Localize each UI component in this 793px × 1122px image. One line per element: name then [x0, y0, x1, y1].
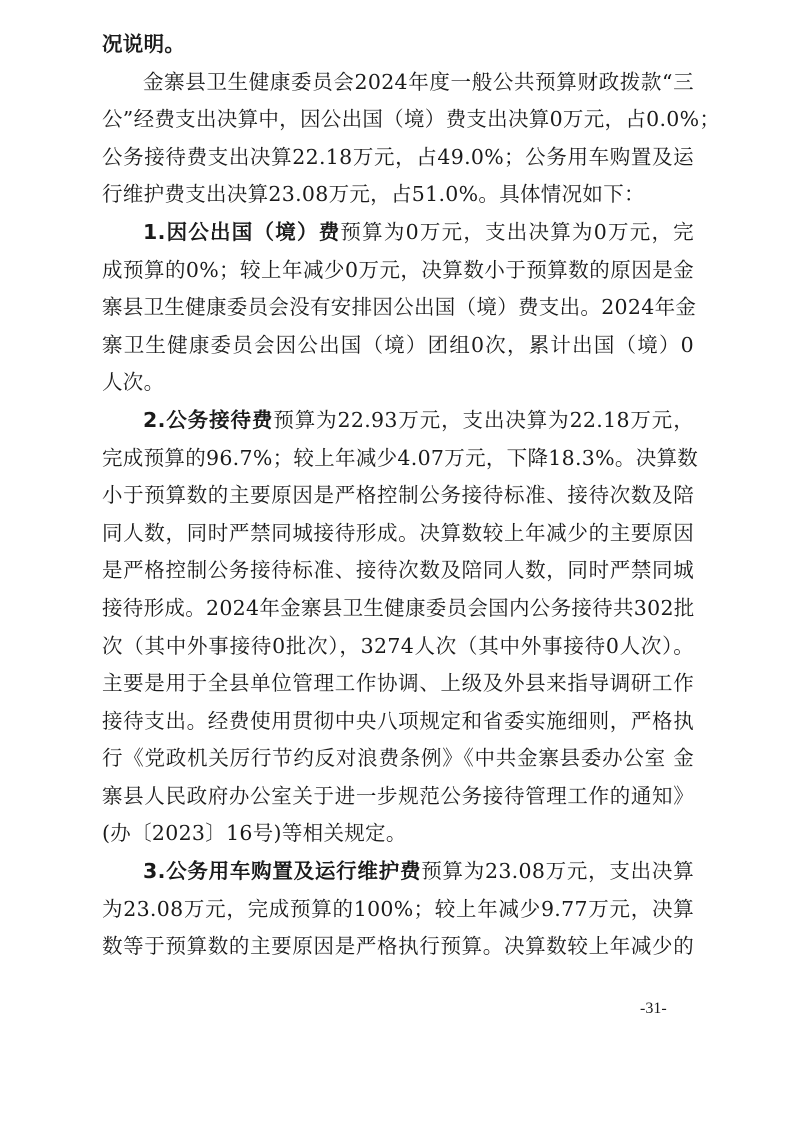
line-text: 为23.08万元，完成预算的100%；较上年减少9.77万元，决算	[102, 897, 694, 921]
text-line: 况说明。	[102, 26, 694, 64]
line-text: 金寨县卫生健康委员会2024年度一般公共预算财政拨款“三	[143, 70, 694, 94]
line-text: 预算为22.93万元，支出决算为22.18万元，	[273, 408, 694, 432]
line-text: 人次。	[102, 370, 164, 394]
line-text: 公”经费支出决算中，因公出国（境）费支出决算0万元，占0.0%；	[102, 107, 720, 131]
line-text: 小于预算数的主要原因是严格控制公务接待标准、接待次数及陪	[102, 483, 694, 507]
text-line: 金寨县卫生健康委员会2024年度一般公共预算财政拨款“三	[102, 64, 694, 102]
text-line: 是严格控制公务接待标准、接待次数及陪同人数，同时严禁同城	[102, 552, 694, 590]
text-line: 为23.08万元，完成预算的100%；较上年减少9.77万元，决算	[102, 891, 694, 929]
line-text: 完成预算的96.7%；较上年减少4.07万元，下降18.3%。决算数	[102, 446, 698, 470]
text-line: 2.公务接待费预算为22.93万元，支出决算为22.18万元，	[102, 402, 694, 440]
text-line: 小于预算数的主要原因是严格控制公务接待标准、接待次数及陪	[102, 477, 694, 515]
line-text: 主要是用于全县单位管理工作协调、上级及外县来指导调研工作	[102, 671, 694, 695]
section-heading: 2.公务接待费	[143, 408, 273, 432]
text-line: 同人数，同时严禁同城接待形成。决算数较上年减少的主要原因	[102, 515, 694, 553]
text-line: 次（其中外事接待0批次），3274人次（其中外事接待0人次）。	[102, 628, 694, 666]
line-text: 预算为0万元，支出决算为0万元，完	[340, 220, 694, 244]
line-text: 寨县人民政府办公室关于进一步规范公务接待管理工作的通知》	[102, 784, 694, 808]
text-line: 成预算的0%；较上年减少0万元，决算数小于预算数的原因是金	[102, 252, 694, 290]
line-text: 是严格控制公务接待标准、接待次数及陪同人数，同时严禁同城	[102, 558, 694, 582]
text-line: 公务接待费支出决算22.18万元，占49.0%；公务用车购置及运	[102, 139, 694, 177]
text-line: 3.公务用车购置及运行维护费预算为23.08万元，支出决算	[102, 853, 694, 891]
text-line: 1.因公出国（境）费预算为0万元，支出决算为0万元，完	[102, 214, 694, 252]
line-text: 行《党政机关厉行节约反对浪费条例》《中共金寨县委办公室 金	[102, 746, 694, 770]
line-text: 接待形成。2024年金寨县卫生健康委员会国内公务接待共302批	[102, 596, 695, 620]
text-line: 数等于预算数的主要原因是严格执行预算。决算数较上年减少的	[102, 928, 694, 966]
text-line: (办〔2023〕16号)等相关规定。	[102, 815, 694, 853]
page-number: -31-	[640, 1000, 667, 1018]
text-line: 主要是用于全县单位管理工作协调、上级及外县来指导调研工作	[102, 665, 694, 703]
text-line: 公”经费支出决算中，因公出国（境）费支出决算0万元，占0.0%；	[102, 101, 694, 139]
line-text: 寨卫生健康委员会因公出国（境）团组0次，累计出国（境）0	[102, 333, 694, 357]
text-line: 寨县人民政府办公室关于进一步规范公务接待管理工作的通知》	[102, 778, 694, 816]
line-text: 公务接待费支出决算22.18万元，占49.0%；公务用车购置及运	[102, 145, 694, 169]
section-heading: 3.公务用车购置及运行维护费	[143, 859, 421, 883]
text-line: 寨县卫生健康委员会没有安排因公出国（境）费支出。2024年金	[102, 289, 694, 327]
text-line: 完成预算的96.7%；较上年减少4.07万元，下降18.3%。决算数	[102, 440, 694, 478]
text-line: 人次。	[102, 364, 694, 402]
document-page: 况说明。金寨县卫生健康委员会2024年度一般公共预算财政拨款“三公”经费支出决算…	[102, 26, 694, 966]
text-line: 接待形成。2024年金寨县卫生健康委员会国内公务接待共302批	[102, 590, 694, 628]
line-text: 行维护费支出决算23.08万元，占51.0%。具体情况如下：	[102, 182, 645, 206]
text-line: 接待支出。经费使用贯彻中央八项规定和省委实施细则，严格执	[102, 703, 694, 741]
line-text: 况说明。	[102, 32, 185, 56]
text-line: 寨卫生健康委员会因公出国（境）团组0次，累计出国（境）0	[102, 327, 694, 365]
line-text: (办〔2023〕16号)等相关规定。	[102, 821, 407, 845]
text-line: 行《党政机关厉行节约反对浪费条例》《中共金寨县委办公室 金	[102, 740, 694, 778]
section-heading: 1.因公出国（境）费	[143, 220, 340, 244]
line-text: 数等于预算数的主要原因是严格执行预算。决算数较上年减少的	[102, 934, 694, 958]
line-text: 成预算的0%；较上年减少0万元，决算数小于预算数的原因是金	[102, 258, 694, 282]
line-text: 预算为23.08万元，支出决算	[421, 859, 694, 883]
line-text: 次（其中外事接待0批次），3274人次（其中外事接待0人次）。	[102, 634, 694, 658]
line-text: 同人数，同时严禁同城接待形成。决算数较上年减少的主要原因	[102, 521, 694, 545]
line-text: 接待支出。经费使用贯彻中央八项规定和省委实施细则，严格执	[102, 709, 694, 733]
text-line: 行维护费支出决算23.08万元，占51.0%。具体情况如下：	[102, 176, 694, 214]
line-text: 寨县卫生健康委员会没有安排因公出国（境）费支出。2024年金	[102, 295, 696, 319]
